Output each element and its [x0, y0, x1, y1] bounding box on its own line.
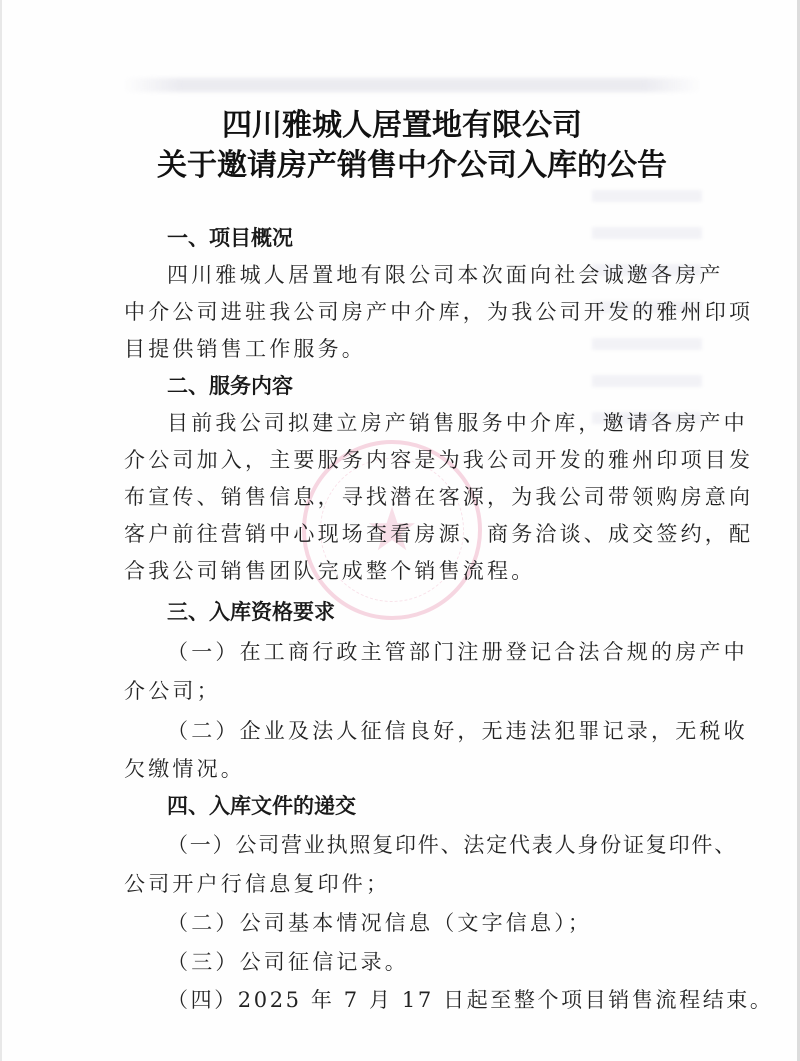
- requirement-item: （二）企业及法人征信良好，无违法犯罪记录，无税收: [167, 715, 727, 745]
- submission-item: （三）公司征信记录。: [167, 946, 727, 976]
- paragraph-line: 目前我公司拟建立房产销售服务中介库，邀请各房产中: [167, 407, 727, 437]
- paragraph-line: 布宣传、销售信息，寻找潜在客源，为我公司带领购房意向: [124, 481, 684, 511]
- document-title-subject: 关于邀请房产销售中介公司入库的公告: [12, 140, 800, 184]
- paragraph-line: 目提供销售工作服务。: [124, 333, 684, 363]
- section-heading-document-submission: 四、入库文件的递交: [167, 790, 356, 820]
- submission-item-period: （四）2025 年 7 月 17 日起至整个项目销售流程结束。: [167, 984, 727, 1014]
- paragraph-line: 四川雅城人居置地有限公司本次面向社会诚邀各房产: [167, 259, 727, 289]
- requirement-item: （一）在工商行政主管部门注册登记合法合规的房产中: [167, 636, 727, 666]
- document-page: ★ 四川雅城人居置地有限公司 关于邀请房产销售中介公司入库的公告 一、项目概况 …: [0, 0, 800, 1061]
- submission-item: （一）公司营业执照复印件、法定代表人身份证复印件、: [167, 829, 727, 859]
- paragraph-line: 合我公司销售团队完成整个销售流程。: [124, 555, 684, 585]
- section-heading-qualification-requirements: 三、入库资格要求: [167, 596, 335, 626]
- reverse-side-bleed-through: [122, 78, 702, 92]
- document-title-company: 四川雅城人居置地有限公司: [2, 100, 800, 144]
- paragraph-line: 中介公司进驻我公司房产中介库，为我公司开发的雅州印项: [124, 296, 684, 326]
- section-heading-project-overview: 一、项目概况: [167, 222, 293, 252]
- submission-item-continued: 公司开户行信息复印件；: [124, 868, 684, 898]
- requirement-item-continued: 介公司；: [124, 675, 684, 705]
- section-heading-service-content: 二、服务内容: [167, 370, 293, 400]
- paragraph-line: 客户前往营销中心现场查看房源、商务洽谈、成交签约，配: [124, 518, 684, 548]
- requirement-item-continued: 欠缴情况。: [124, 753, 684, 783]
- submission-item: （二）公司基本情况信息（文字信息）；: [167, 907, 727, 937]
- paragraph-line: 介公司加入，主要服务内容是为我公司开发的雅州印项目发: [124, 444, 684, 474]
